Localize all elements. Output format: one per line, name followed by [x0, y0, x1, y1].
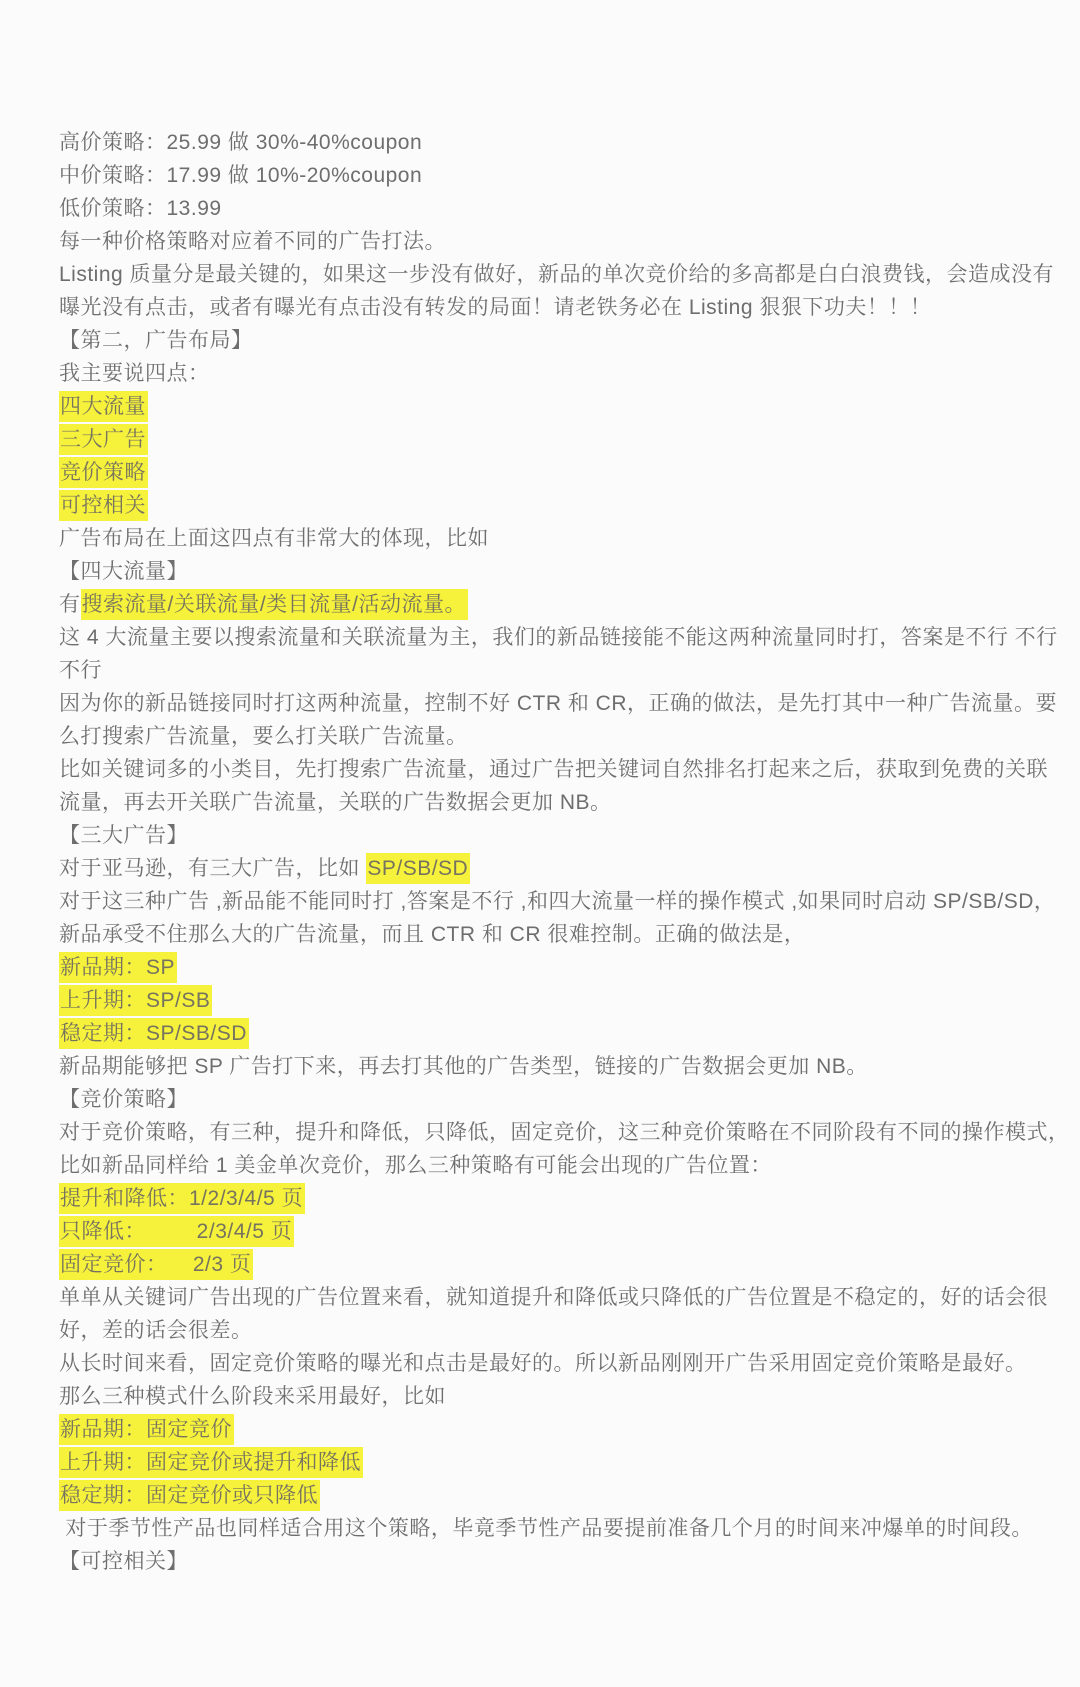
text-segment: 流量，再去开关联广告流量，关联的广告数据会更加 NB。: [59, 791, 612, 814]
highlighted-text: 可控相关: [59, 490, 148, 521]
text-line: 【可控相关】: [59, 1545, 1022, 1578]
text-segment: 有: [59, 593, 81, 616]
text-line: 高价策略：25.99 做 30%-40%coupon: [59, 126, 1022, 159]
text-segment: 每一种价格策略对应着不同的广告打法。: [59, 230, 446, 253]
text-segment: 对于竞价策略，有三种，提升和降低，只降低，固定竞价，这三种竞价策略在不同阶段有不…: [59, 1121, 1070, 1144]
text-segment: 比如关键词多的小类目，先打搜索广告流量，通过广告把关键词自然排名打起来之后，获取…: [59, 758, 1048, 781]
text-line: 这 4 大流量主要以搜索流量和关联流量为主，我们的新品链接能不能这两种流量同时打…: [59, 621, 1022, 654]
highlighted-text: 固定竞价： 2/3 页: [59, 1249, 253, 1280]
text-line: 对于竞价策略，有三种，提升和降低，只降低，固定竞价，这三种竞价策略在不同阶段有不…: [59, 1116, 1022, 1149]
text-line: 流量，再去开关联广告流量，关联的广告数据会更加 NB。: [59, 786, 1022, 819]
document-body: 高价策略：25.99 做 30%-40%coupon中价策略：17.99 做 1…: [0, 0, 1080, 1687]
text-line: Listing 质量分是最关键的，如果这一步没有做好，新品的单次竞价给的多高都是…: [59, 258, 1022, 291]
highlighted-text: 上升期：固定竞价或提升和降低: [59, 1447, 363, 1478]
text-line: 对于季节性产品也同样适合用这个策略，毕竟季节性产品要提前准备几个月的时间来冲爆单…: [59, 1512, 1022, 1545]
text-segment: 对于这三种广告 ,新品能不能同时打 ,答案是不行 ,和四大流量一样的操作模式 ,…: [59, 890, 1055, 913]
text-line: 只降低： 2/3/4/5 页: [59, 1215, 1022, 1248]
highlighted-text: 稳定期：固定竞价或只降低: [59, 1480, 320, 1511]
highlighted-text: 只降低： 2/3/4/5 页: [59, 1216, 294, 1247]
highlighted-text: 提升和降低：1/2/3/4/5 页: [59, 1183, 305, 1214]
text-line: 么打搜索广告流量，要么打关联广告流量。: [59, 720, 1022, 753]
text-line: 新品期：SP: [59, 951, 1022, 984]
highlighted-text: 搜索流量/关联流量/类目流量/活动流量。: [81, 589, 469, 620]
highlighted-text: SP/SB/SD: [366, 853, 470, 884]
text-line: 中价策略：17.99 做 10%-20%coupon: [59, 159, 1022, 192]
text-line: 【第二，广告布局】: [59, 324, 1022, 357]
highlighted-text: 四大流量: [59, 391, 148, 422]
text-segment: 单单从关键词广告出现的广告位置来看，就知道提升和降低或只降低的广告位置是不稳定的…: [59, 1286, 1048, 1309]
text-line: 有搜索流量/关联流量/类目流量/活动流量。: [59, 588, 1022, 621]
highlighted-text: 新品期：SP: [59, 952, 177, 983]
text-segment: 这 4 大流量主要以搜索流量和关联流量为主，我们的新品链接能不能这两种流量同时打…: [59, 626, 1058, 649]
text-line: 新品期：固定竞价: [59, 1413, 1022, 1446]
text-segment: 【三大广告】: [59, 824, 188, 847]
text-segment: 么打搜索广告流量，要么打关联广告流量。: [59, 725, 468, 748]
text-line: 比如关键词多的小类目，先打搜索广告流量，通过广告把关键词自然排名打起来之后，获取…: [59, 753, 1022, 786]
text-segment: 从长时间来看，固定竞价策略的曝光和点击是最好的。所以新品刚刚开广告采用固定竞价策…: [59, 1352, 1027, 1375]
text-segment: 新品期能够把 SP 广告打下来，再去打其他的广告类型，链接的广告数据会更加 NB…: [59, 1055, 868, 1078]
text-lines-container: 高价策略：25.99 做 30%-40%coupon中价策略：17.99 做 1…: [59, 126, 1022, 1578]
text-segment: 那么三种模式什么阶段来采用最好，比如: [59, 1385, 446, 1408]
text-segment: 【四大流量】: [59, 560, 188, 583]
text-line: 曝光没有点击，或者有曝光有点击没有转发的局面！请老铁务必在 Listing 狠狠…: [59, 291, 1022, 324]
text-segment: 【竞价策略】: [59, 1088, 188, 1111]
text-line: 每一种价格策略对应着不同的广告打法。: [59, 225, 1022, 258]
highlighted-text: 三大广告: [59, 424, 148, 455]
text-line: 比如新品同样给 1 美金单次竞价，那么三种策略有可能会出现的广告位置：: [59, 1149, 1022, 1182]
text-line: 我主要说四点：: [59, 357, 1022, 390]
text-line: 对于亚马逊，有三大广告，比如 SP/SB/SD: [59, 852, 1022, 885]
text-line: 因为你的新品链接同时打这两种流量，控制不好 CTR 和 CR，正确的做法，是先打…: [59, 687, 1022, 720]
text-segment: 【可控相关】: [59, 1550, 188, 1573]
text-line: 固定竞价： 2/3 页: [59, 1248, 1022, 1281]
text-segment: Listing 质量分是最关键的，如果这一步没有做好，新品的单次竞价给的多高都是…: [59, 263, 1054, 286]
text-segment: 我主要说四点：: [59, 362, 210, 385]
highlighted-text: 新品期：固定竞价: [59, 1414, 234, 1445]
text-line: 上升期：固定竞价或提升和降低: [59, 1446, 1022, 1479]
text-line: 那么三种模式什么阶段来采用最好，比如: [59, 1380, 1022, 1413]
text-line: 新品期能够把 SP 广告打下来，再去打其他的广告类型，链接的广告数据会更加 NB…: [59, 1050, 1022, 1083]
text-segment: 高价策略：25.99 做 30%-40%coupon: [59, 131, 422, 154]
text-line: 三大广告: [59, 423, 1022, 456]
text-segment: 比如新品同样给 1 美金单次竞价，那么三种策略有可能会出现的广告位置：: [59, 1154, 772, 1177]
text-line: 单单从关键词广告出现的广告位置来看，就知道提升和降低或只降低的广告位置是不稳定的…: [59, 1281, 1022, 1314]
text-segment: 因为你的新品链接同时打这两种流量，控制不好 CTR 和 CR，正确的做法，是先打…: [59, 692, 1057, 715]
text-segment: 曝光没有点击，或者有曝光有点击没有转发的局面！请老铁务必在 Listing 狠狠…: [59, 296, 931, 319]
text-segment: 中价策略：17.99 做 10%-20%coupon: [59, 164, 422, 187]
text-segment: 对于亚马逊，有三大广告，比如: [59, 857, 366, 880]
text-segment: 低价策略：13.99: [59, 197, 222, 220]
text-line: 稳定期：SP/SB/SD: [59, 1017, 1022, 1050]
text-line: 【四大流量】: [59, 555, 1022, 588]
text-line: 竞价策略: [59, 456, 1022, 489]
text-segment: 【第二，广告布局】: [59, 329, 253, 352]
text-line: 新品承受不住那么大的广告流量，而且 CTR 和 CR 很难控制。正确的做法是，: [59, 918, 1022, 951]
text-segment: 好，差的话会很差。: [59, 1319, 253, 1342]
highlighted-text: 上升期：SP/SB: [59, 985, 212, 1016]
text-line: 广告布局在上面这四点有非常大的体现，比如: [59, 522, 1022, 555]
highlighted-text: 稳定期：SP/SB/SD: [59, 1018, 249, 1049]
text-line: 从长时间来看，固定竞价策略的曝光和点击是最好的。所以新品刚刚开广告采用固定竞价策…: [59, 1347, 1022, 1380]
text-segment: 广告布局在上面这四点有非常大的体现，比如: [59, 527, 489, 550]
text-segment: 新品承受不住那么大的广告流量，而且 CTR 和 CR 很难控制。正确的做法是，: [59, 923, 805, 946]
text-line: 稳定期：固定竞价或只降低: [59, 1479, 1022, 1512]
text-line: 低价策略：13.99: [59, 192, 1022, 225]
text-line: 上升期：SP/SB: [59, 984, 1022, 1017]
text-segment: 对于季节性产品也同样适合用这个策略，毕竟季节性产品要提前准备几个月的时间来冲爆单…: [59, 1517, 1033, 1540]
text-line: 好，差的话会很差。: [59, 1314, 1022, 1347]
text-line: 【竞价策略】: [59, 1083, 1022, 1116]
text-line: 对于这三种广告 ,新品能不能同时打 ,答案是不行 ,和四大流量一样的操作模式 ,…: [59, 885, 1022, 918]
highlighted-text: 竞价策略: [59, 457, 148, 488]
text-segment: 不行: [59, 659, 102, 682]
text-line: 四大流量: [59, 390, 1022, 423]
text-line: 不行: [59, 654, 1022, 687]
text-line: 可控相关: [59, 489, 1022, 522]
text-line: 提升和降低：1/2/3/4/5 页: [59, 1182, 1022, 1215]
text-line: 【三大广告】: [59, 819, 1022, 852]
